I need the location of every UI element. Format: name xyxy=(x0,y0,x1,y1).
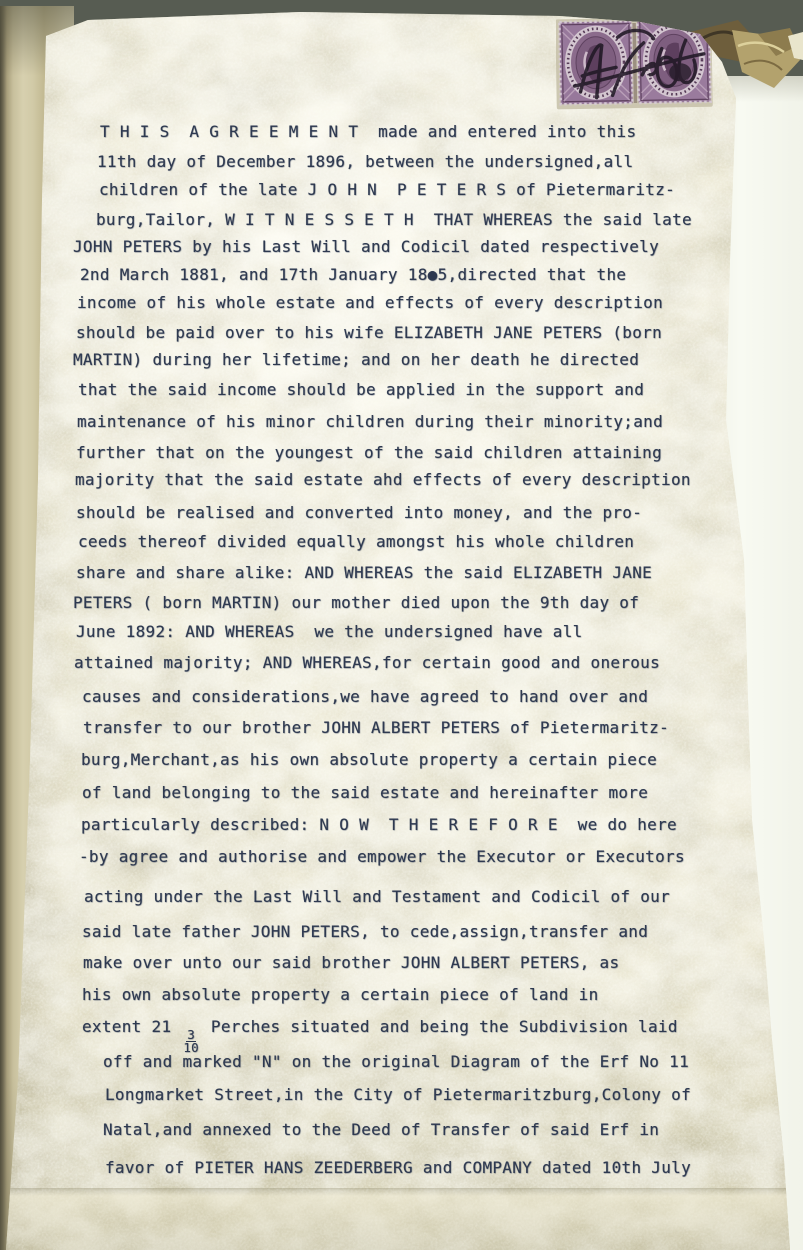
document-page: T H I S A G R E E M E N T made and enter… xyxy=(0,0,803,1250)
document-line: his own absolute property a certain piec… xyxy=(82,987,599,1003)
document-line: should be paid over to his wife ELIZABET… xyxy=(76,325,662,341)
document-line: attained majority; AND WHEREAS,for certa… xyxy=(74,655,660,671)
document-line: burg,Merchant,as his own absolute proper… xyxy=(81,752,657,768)
document-line: of land belonging to the said estate and… xyxy=(82,785,648,801)
document-line: share and share alike: AND WHEREAS the s… xyxy=(76,565,652,581)
document-line: that the said income should be applied i… xyxy=(78,382,644,398)
document-line: further that on the youngest of the said… xyxy=(76,445,662,461)
document-line: transfer to our brother JOHN ALBERT PETE… xyxy=(83,720,669,736)
document-line: said late father JOHN PETERS, to cede,as… xyxy=(82,924,648,940)
document-text: T H I S A G R E E M E N T made and enter… xyxy=(0,0,803,1250)
fraction-three-tenths: 310 xyxy=(183,1030,199,1053)
document-line: extent 21 310 Perches situated and being… xyxy=(82,1019,678,1053)
document-line: majority that the said estate ahd effect… xyxy=(75,472,691,488)
document-line: make over unto our said brother JOHN ALB… xyxy=(83,955,619,971)
document-line: 2nd March 1881, and 17th January 18●5,di… xyxy=(80,267,626,283)
document-line: should be realised and converted into mo… xyxy=(76,505,642,521)
document-line: off and marked "N" on the original Diagr… xyxy=(103,1054,689,1070)
document-line: Longmarket Street,in the City of Pieterm… xyxy=(105,1087,691,1103)
document-line: Natal,and annexed to the Deed of Transfe… xyxy=(103,1122,659,1138)
document-line: favor of PIETER HANS ZEEDERBERG and COMP… xyxy=(105,1160,691,1176)
document-line: acting under the Last Will and Testament… xyxy=(84,889,670,905)
document-line: June 1892: AND WHEREAS we the undersigne… xyxy=(76,624,583,640)
document-line: -by agree and authorise and empower the … xyxy=(79,849,685,865)
document-line: JOHN PETERS by his Last Will and Codicil… xyxy=(73,239,659,255)
document-line: T H I S A G R E E M E N T made and enter… xyxy=(100,124,636,140)
document-line: PETERS ( born MARTIN) our mother died up… xyxy=(73,595,639,611)
document-line: MARTIN) during her lifetime; and on her … xyxy=(73,352,639,368)
document-line: income of his whole estate and effects o… xyxy=(77,295,663,311)
document-line: children of the late J O H N P E T E R S… xyxy=(99,182,675,198)
document-line: ceeds thereof divided equally amongst hi… xyxy=(78,534,634,550)
document-line: burg,Tailor, W I T N E S S E T H THAT WH… xyxy=(96,212,692,228)
document-line: 11th day of December 1896, between the u… xyxy=(97,154,633,170)
document-line: particularly described: N O W T H E R E … xyxy=(81,817,677,833)
document-line: causes and considerations,we have agreed… xyxy=(82,689,648,705)
scanned-document-scene: T H I S A G R E E M E N T made and enter… xyxy=(0,0,803,1250)
document-line: maintenance of his minor children during… xyxy=(77,414,663,430)
